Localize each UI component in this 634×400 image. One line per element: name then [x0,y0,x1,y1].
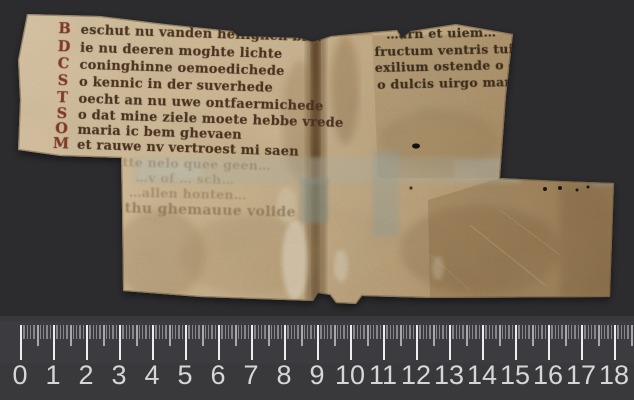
ruler-tick [192,325,193,339]
ruler-tick [274,325,275,339]
ruler-tick [221,325,222,339]
ruler-tick [479,325,480,339]
ruler-tick [390,325,391,339]
ruler-number: 9 [309,360,324,391]
ruler-tick [218,325,220,360]
ruler-tick [489,325,490,339]
ruler-tick [53,325,55,360]
ruler-tick [555,325,556,339]
ruler: 0123456789101112131415161718 [0,316,634,400]
ruler-tick [93,325,94,339]
ruler-tick [343,325,344,339]
ruler-tick [330,325,331,339]
ruler-tick [155,325,156,339]
ruler-number: 12 [401,360,431,391]
ruler-tick [304,325,305,339]
ruler-tick [136,325,138,346]
ruler-tick [548,325,550,360]
ruler-tick [400,325,402,346]
ruler-tick [264,325,265,339]
ruler-number: 2 [78,360,93,391]
ruler-number: 4 [144,360,159,391]
ruler-tick [73,325,74,339]
ruler-tick [367,325,369,346]
ruler-tick [452,325,453,339]
ruler-tick [30,325,31,339]
ruler-tick [103,325,105,346]
ruler-tick [159,325,160,339]
ruler-number: 16 [533,360,563,391]
ruler-tick [574,325,575,339]
ruler-tick [482,325,484,360]
ruler-tick [416,325,418,360]
ruler-tick [601,325,602,339]
ruler-tick [551,325,552,339]
ruler-tick [459,325,460,339]
ruler-tick [508,325,509,339]
ruler-tick [396,325,397,339]
ruler-tick [99,325,100,339]
ruler-tick [631,325,633,346]
ruler-tick [538,325,539,339]
photo-stage: Beschut nu vanden heilighen br…Die nu de… [0,0,634,400]
ruler-tick [310,325,311,339]
ruler-tick [83,325,84,339]
ruler-tick [244,325,245,339]
ruler-tick [327,325,328,339]
ruler-tick [604,325,605,339]
ruler-tick [205,325,206,339]
ruler-tick [499,325,501,346]
ruler-tick [50,325,51,339]
ruler-tick [413,325,414,339]
ruler-tick [63,325,64,339]
ruler-tick [370,325,371,339]
ruler-tick [320,325,321,339]
ruler-tick [23,325,24,339]
ruler-tick [225,325,226,339]
ruler-tick [116,325,117,339]
ruler-tick [505,325,506,339]
ruler-tick [350,325,352,360]
ruler-tick [314,325,315,339]
ruler-tick [406,325,407,339]
ruler-tick [472,325,473,339]
ruler-tick [337,325,338,339]
ruler-tick [307,325,308,339]
ruler-tick [79,325,80,339]
ruler-tick [558,325,559,339]
ruler-tick [46,325,47,339]
ruler-tick [357,325,358,339]
ruler-tick [433,325,435,346]
ruler-tick [76,325,77,339]
ruler-tick [360,325,361,339]
ruler-tick [578,325,579,339]
ruler-tick [456,325,457,339]
ruler-tick [515,325,517,360]
ruler-tick [535,325,536,339]
ruler-tick [142,325,143,339]
ruler-tick [228,325,229,339]
ruler-number: 15 [500,360,530,391]
ruler-tick [446,325,447,339]
ruler-tick [241,325,242,339]
ruler-tick [571,325,572,339]
ruler-tick [162,325,163,339]
ruler-number: 6 [210,360,225,391]
ruler-number: 11 [369,360,397,391]
ruler-tick [525,325,526,339]
ruler-tick [261,325,262,339]
ruler-tick [106,325,107,339]
ruler-tick [449,325,451,360]
ruler-tick [423,325,424,339]
ruler-tick [380,325,381,339]
ruler-tick [149,325,150,339]
ruler-tick [403,325,404,339]
ruler-tick [43,325,44,339]
ruler-tick [621,325,622,339]
ruler-tick [66,325,67,339]
ruler-tick [568,325,569,339]
ruler-tick [383,325,385,360]
ruler-number: 3 [111,360,126,391]
ruler-tick [495,325,496,339]
ruler-number: 1 [45,360,60,391]
ruler-tick [195,325,196,339]
ruler-tick [588,325,589,339]
ruler-tick [27,325,28,339]
ruler-tick [581,325,583,360]
ruler-tick [231,325,232,339]
ruler-tick [20,325,22,360]
ruler-tick [436,325,437,339]
ruler-number: 17 [566,360,596,391]
ruler-tick [122,325,123,339]
ruler-number: 13 [434,360,464,391]
ruler-tick [56,325,57,339]
ruler-tick [169,325,171,346]
ruler-tick [469,325,470,339]
ruler-tick [258,325,259,339]
ruler-tick [598,325,600,346]
ruler-tick [518,325,519,339]
ruler-tick [254,325,255,339]
ruler-tick [541,325,542,339]
ruler-tick [347,325,348,339]
ruler-number: 14 [467,360,497,391]
ruler-number: 10 [335,360,365,391]
ruler-tick [528,325,529,339]
ruler-tick [317,325,319,360]
ruler-tick [301,325,303,346]
ruler-tick [297,325,298,339]
ruler-tick [33,325,34,339]
ruler-number: 7 [243,360,258,391]
ruler-tick [627,325,628,339]
ruler-tick [40,325,41,339]
ruler-tick [409,325,410,339]
ruler-tick [439,325,440,339]
ruler-tick [178,325,179,339]
ruler-tick [475,325,476,339]
ruler-tick [624,325,625,339]
ruler-tick [119,325,121,360]
ruler-tick [426,325,427,339]
ruler-tick [202,325,204,346]
ruler-tick [60,325,61,339]
ruler-tick [281,325,282,339]
ruler-tick [565,325,567,346]
ruler-number: 18 [599,360,629,391]
ruler-tick [271,325,272,339]
ruler-tick [70,325,72,346]
ruler-tick [251,325,253,360]
ruler-tick [175,325,176,339]
ruler-tick [429,325,430,339]
ruler-tick [393,325,394,339]
ruler-tick [611,325,612,339]
ruler-tick [376,325,377,339]
ruler-tick [86,325,88,360]
ruler-tick [512,325,513,339]
ruler-tick [353,325,354,339]
ruler-tick [198,325,199,339]
ruler-tick [235,325,237,346]
ruler-tick [284,325,286,360]
ruler-tick [37,325,39,346]
ruler-tick [485,325,486,339]
ruler-tick [492,325,493,339]
ruler-tick [462,325,463,339]
ruler-tick [561,325,562,339]
ruler-tick [129,325,130,339]
ruler-tick [215,325,216,339]
ruler-tick [617,325,618,339]
ruler-tick [238,325,239,339]
ruler-tick [139,325,140,339]
ruler-tick [532,325,534,346]
ruler-tick [165,325,166,339]
ruler-tick [363,325,364,339]
ruler-tick [185,325,187,360]
ruler-number: 5 [177,360,192,391]
ruler-tick [126,325,127,339]
ruler-tick [607,325,608,339]
ruler-tick [182,325,183,339]
ruler-tick [584,325,585,339]
ruler-tick [386,325,387,339]
ruler-tick [340,325,341,339]
ruler-tick [89,325,90,339]
ruler-number: 0 [12,360,27,391]
ruler-tick [277,325,278,339]
ruler-tick [324,325,325,339]
ruler-tick [268,325,270,346]
ruler-tick [522,325,523,339]
ruler-tick [248,325,249,339]
ruler-tick [419,325,420,339]
ruler-tick [145,325,146,339]
ruler-tick [96,325,97,339]
ruler-tick [188,325,189,339]
ruler-number: 8 [276,360,291,391]
ruler-tick [208,325,209,339]
ruler-tick [502,325,503,339]
ruler-tick [112,325,113,339]
ruler-tick [442,325,443,339]
ruler-tick [211,325,212,339]
ruler-tick [334,325,336,346]
ruler-tick [466,325,468,346]
ruler-tick [152,325,154,360]
ruler-tick [109,325,110,339]
ruler-tick [172,325,173,339]
ruler-tick [294,325,295,339]
ruler-tick [614,325,616,360]
ruler-tick [594,325,595,339]
ruler-tick [545,325,546,339]
ruler-tick [291,325,292,339]
ruler-tick [132,325,133,339]
ruler-tick [373,325,374,339]
ruler-tick [287,325,288,339]
ruler-tick [591,325,592,339]
